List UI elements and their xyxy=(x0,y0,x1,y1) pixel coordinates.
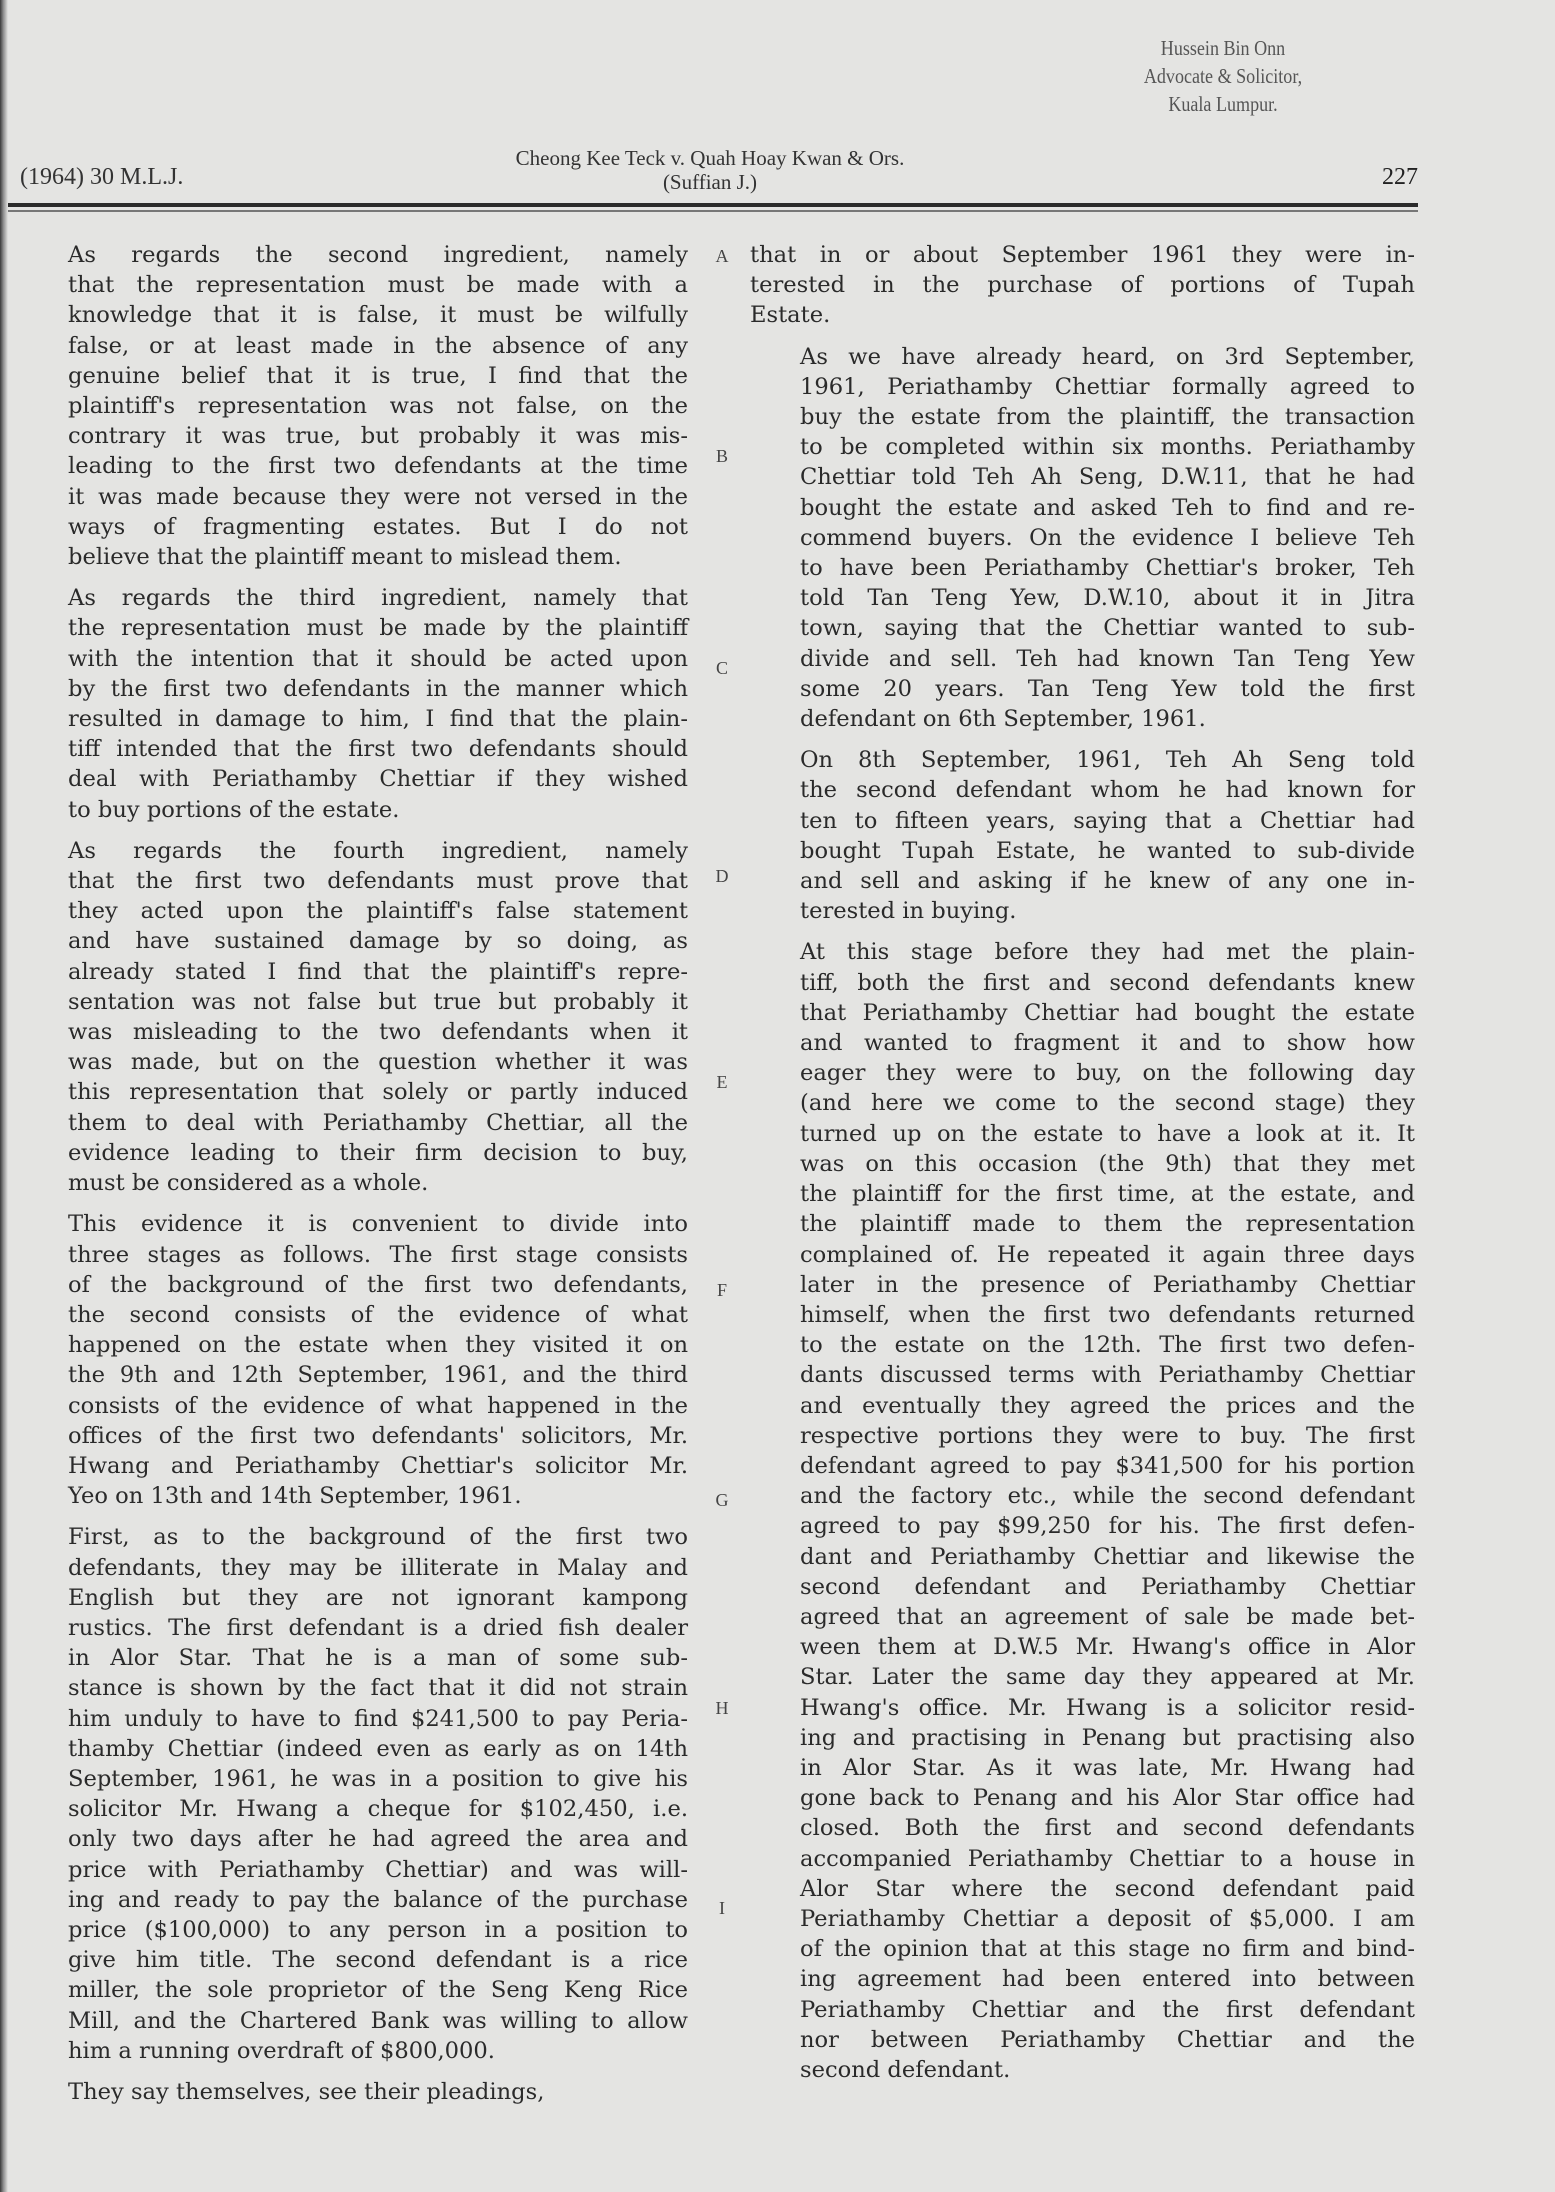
text-line: of the background of the first two defen… xyxy=(18,1270,688,1300)
text-line: dants discussed terms with Periathamby C… xyxy=(750,1360,1415,1390)
text-line: defendant agreed to pay $341,500 for his… xyxy=(750,1451,1415,1481)
text-line: rustics. The first defendant is a dried … xyxy=(18,1613,688,1643)
text-line: Hwang and Periathamby Chettiar's solicit… xyxy=(18,1451,688,1481)
text-line: to buy portions of the estate. xyxy=(18,795,688,825)
text-line: thamby Chettiar (indeed even as early as… xyxy=(18,1734,688,1764)
margin-letter: G xyxy=(712,1490,732,1511)
text-line: ween them at D.W.5 Mr. Hwang's office in… xyxy=(750,1632,1415,1662)
text-line: that in or about September 1961 they wer… xyxy=(750,240,1415,270)
text-line: complained of. He repeated it again thre… xyxy=(750,1240,1415,1270)
text-line: Chettiar told Teh Ah Seng, D.W.11, that … xyxy=(750,462,1415,492)
text-line: and sell and asking if he knew of any on… xyxy=(750,866,1415,896)
margin-letter: D xyxy=(712,866,732,887)
text-line: second defendant. xyxy=(750,2055,1415,2085)
margin-letter: F xyxy=(712,1280,732,1301)
text-line: 1961, Periathamby Chettiar formally agre… xyxy=(750,372,1415,402)
text-line: price with Periathamby Chettiar) and was… xyxy=(18,1855,688,1885)
text-line: Yeo on 13th and 14th September, 1961. xyxy=(18,1481,688,1511)
text-line: that the representation must be made wit… xyxy=(18,270,688,300)
text-line: resulted in damage to him, I find that t… xyxy=(18,704,688,734)
text-line: terested in the purchase of portions of … xyxy=(750,270,1415,300)
text-line: ing and ready to pay the balance of the … xyxy=(18,1885,688,1915)
text-line: buy the estate from the plaintiff, the t… xyxy=(750,402,1415,432)
text-line: must be considered as a whole. xyxy=(18,1168,688,1198)
text-line: they acted upon the plaintiff's false st… xyxy=(18,896,688,926)
right-column: that in or about September 1961 they wer… xyxy=(750,240,1415,2096)
header-rule-thick xyxy=(8,203,1418,207)
text-line: tiff intended that the first two defenda… xyxy=(18,734,688,764)
text-line: the representation must be made by the p… xyxy=(18,613,688,643)
text-line: bought Tupah Estate, he wanted to sub-di… xyxy=(750,836,1415,866)
text-line: to be completed within six months. Peria… xyxy=(750,432,1415,462)
text-line: English but they are not ignorant kampon… xyxy=(18,1583,688,1613)
text-line: it was made because they were not versed… xyxy=(18,482,688,512)
text-line: the second consists of the evidence of w… xyxy=(18,1300,688,1330)
case-heading: Cheong Kee Teck v. Quah Hoay Kwan & Ors.… xyxy=(400,146,1020,194)
header-rule-thin xyxy=(8,210,1418,212)
paragraph: As we have already heard, on 3rd Septemb… xyxy=(750,342,1415,735)
text-line: At this stage before they had met the pl… xyxy=(750,937,1415,967)
text-line: only two days after he had agreed the ar… xyxy=(18,1824,688,1854)
text-line: nor between Periathamby Chettiar and the xyxy=(750,2025,1415,2055)
stamp-line: Advocate & Solicitor, xyxy=(1124,62,1322,90)
report-citation: (1964) 30 M.L.J. xyxy=(20,164,183,191)
text-line: Estate. xyxy=(750,300,1415,330)
text-line: believe that the plaintiff meant to misl… xyxy=(18,542,688,572)
text-line: the 9th and 12th September, 1961, and th… xyxy=(18,1360,688,1390)
text-line: contrary it was true, but probably it wa… xyxy=(18,421,688,451)
text-line: offices of the first two defendants' sol… xyxy=(18,1421,688,1451)
paragraph: They say themselves, see their pleadings… xyxy=(18,2077,688,2107)
left-column: As regards the second ingredient, namely… xyxy=(18,240,688,2118)
stamp-line: Kuala Lumpur. xyxy=(1124,90,1322,118)
text-line: of the opinion that at this stage no fir… xyxy=(750,1934,1415,1964)
text-line: As we have already heard, on 3rd Septemb… xyxy=(750,342,1415,372)
text-line: was misleading to the two defendants whe… xyxy=(18,1017,688,1047)
text-line: later in the presence of Periathamby Che… xyxy=(750,1270,1415,1300)
text-line: accompanied Periathamby Chettiar to a ho… xyxy=(750,1844,1415,1874)
text-line: in Alor Star. As it was late, Mr. Hwang … xyxy=(750,1753,1415,1783)
text-line: plaintiff's representation was not false… xyxy=(18,391,688,421)
text-line: September, 1961, he was in a position to… xyxy=(18,1764,688,1794)
text-line: They say themselves, see their pleadings… xyxy=(18,2077,688,2107)
text-line: and wanted to fragment it and to show ho… xyxy=(750,1028,1415,1058)
text-line: respective portions they were to buy. Th… xyxy=(750,1421,1415,1451)
text-line: consists of the evidence of what happene… xyxy=(18,1391,688,1421)
text-line: the second defendant whom he had known f… xyxy=(750,775,1415,805)
text-line: closed. Both the first and second defend… xyxy=(750,1813,1415,1843)
text-line: false, or at least made in the absence o… xyxy=(18,331,688,361)
text-line: was made, but on the question whether it… xyxy=(18,1047,688,1077)
text-line: stance is shown by the fact that it did … xyxy=(18,1673,688,1703)
text-line: terested in buying. xyxy=(750,896,1415,926)
text-line: evidence leading to their firm decision … xyxy=(18,1138,688,1168)
text-line: On 8th September, 1961, Teh Ah Seng told xyxy=(750,745,1415,775)
text-line: and have sustained damage by so doing, a… xyxy=(18,926,688,956)
text-line: agreed to pay $99,250 for his. The first… xyxy=(750,1511,1415,1541)
text-line: defendant on 6th September, 1961. xyxy=(750,704,1415,734)
text-line: First, as to the background of the first… xyxy=(18,1522,688,1552)
text-line: bought the estate and asked Teh to find … xyxy=(750,493,1415,523)
margin-letter: A xyxy=(712,246,732,267)
text-line: solicitor Mr. Hwang a cheque for $102,45… xyxy=(18,1794,688,1824)
paragraph: At this stage before they had met the pl… xyxy=(750,937,1415,2085)
text-line: This evidence it is convenient to divide… xyxy=(18,1209,688,1239)
text-line: price ($100,000) to any person in a posi… xyxy=(18,1915,688,1945)
text-line: ing and practising in Penang but practis… xyxy=(750,1723,1415,1753)
text-line: give him title. The second defendant is … xyxy=(18,1945,688,1975)
text-line: and eventually they agreed the prices an… xyxy=(750,1391,1415,1421)
text-line: in Alor Star. That he is a man of some s… xyxy=(18,1643,688,1673)
stamp-line: Hussein Bin Onn xyxy=(1124,34,1322,62)
paragraph: that in or about September 1961 they wer… xyxy=(750,240,1415,331)
paragraph: As regards the second ingredient, namely… xyxy=(18,240,688,572)
text-line: ing agreement had been entered into betw… xyxy=(750,1964,1415,1994)
text-line: turned up on the estate to have a look a… xyxy=(750,1119,1415,1149)
text-line: As regards the second ingredient, namely xyxy=(18,240,688,270)
text-line: with the intention that it should be act… xyxy=(18,644,688,674)
text-line: Mill, and the Chartered Bank was willing… xyxy=(18,2006,688,2036)
text-line: happened on the estate when they visited… xyxy=(18,1330,688,1360)
text-line: sentation was not false but true but pro… xyxy=(18,987,688,1017)
text-line: knowledge that it is false, it must be w… xyxy=(18,300,688,330)
text-line: some 20 years. Tan Teng Yew told the fir… xyxy=(750,674,1415,704)
text-line: and the factory etc., while the second d… xyxy=(750,1481,1415,1511)
text-line: town, saying that the Chettiar wanted to… xyxy=(750,613,1415,643)
text-line: divide and sell. Teh had known Tan Teng … xyxy=(750,644,1415,674)
text-line: the plaintiff made to them the represent… xyxy=(750,1209,1415,1239)
text-line: him unduly to have to find $241,500 to p… xyxy=(18,1704,688,1734)
text-line: deal with Periathamby Chettiar if they w… xyxy=(18,764,688,794)
text-line: that Periathamby Chettiar had bought the… xyxy=(750,998,1415,1028)
text-line: told Tan Teng Yew, D.W.10, about it in J… xyxy=(750,583,1415,613)
margin-letter: I xyxy=(712,1898,732,1919)
text-line: dant and Periathamby Chettiar and likewi… xyxy=(750,1542,1415,1572)
text-line: genuine belief that it is true, I find t… xyxy=(18,361,688,391)
text-line: agreed that an agreement of sale be made… xyxy=(750,1602,1415,1632)
margin-letter: C xyxy=(712,658,732,679)
text-line: ten to fifteen years, saying that a Chet… xyxy=(750,806,1415,836)
text-line: As regards the third ingredient, namely … xyxy=(18,583,688,613)
text-line: to the estate on the 12th. The first two… xyxy=(750,1330,1415,1360)
margin-letter: H xyxy=(712,1698,732,1719)
running-header: (1964) 30 M.L.J. Cheong Kee Teck v. Quah… xyxy=(20,146,1418,196)
text-line: eager they were to buy, on the following… xyxy=(750,1058,1415,1088)
text-line: (and here we come to the second stage) t… xyxy=(750,1088,1415,1118)
margin-letter: E xyxy=(712,1072,732,1093)
text-line: the plaintiff for the first time, at the… xyxy=(750,1179,1415,1209)
text-line: Alor Star where the second defendant pai… xyxy=(750,1874,1415,1904)
text-line: to have been Periathamby Chettiar's brok… xyxy=(750,553,1415,583)
case-title: Cheong Kee Teck v. Quah Hoay Kwan & Ors. xyxy=(400,146,1020,170)
text-line: them to deal with Periathamby Chettiar, … xyxy=(18,1108,688,1138)
text-line: that the first two defendants must prove… xyxy=(18,866,688,896)
text-line: this representation that solely or partl… xyxy=(18,1077,688,1107)
paragraph: First, as to the background of the first… xyxy=(18,1522,688,2066)
margin-letter: B xyxy=(712,446,732,467)
text-line: Periathamby Chettiar and the first defen… xyxy=(750,1995,1415,2025)
page-number: 227 xyxy=(1382,164,1418,191)
page-edge-shadow xyxy=(0,0,8,2192)
text-line: second defendant and Periathamby Chettia… xyxy=(750,1572,1415,1602)
text-line: him a running overdraft of $800,000. xyxy=(18,2036,688,2066)
text-line: Star. Later the same day they appeared a… xyxy=(750,1662,1415,1692)
text-line: by the first two defendants in the manne… xyxy=(18,674,688,704)
ownership-stamp: Hussein Bin Onn Advocate & Solicitor, Ku… xyxy=(1108,34,1338,118)
text-line: miller, the sole proprietor of the Seng … xyxy=(18,1975,688,2005)
text-line: leading to the first two defendants at t… xyxy=(18,451,688,481)
text-line: As regards the fourth ingredient, namely xyxy=(18,836,688,866)
text-line: defendants, they may be illiterate in Ma… xyxy=(18,1553,688,1583)
text-line: three stages as follows. The first stage… xyxy=(18,1240,688,1270)
judge-name: (Suffian J.) xyxy=(400,170,1020,194)
paragraph: As regards the third ingredient, namely … xyxy=(18,583,688,825)
text-line: tiff, both the first and second defendan… xyxy=(750,968,1415,998)
text-line: ways of fragmenting estates. But I do no… xyxy=(18,512,688,542)
text-line: Hwang's office. Mr. Hwang is a solicitor… xyxy=(750,1693,1415,1723)
text-line: gone back to Penang and his Alor Star of… xyxy=(750,1783,1415,1813)
text-line: commend buyers. On the evidence I believ… xyxy=(750,523,1415,553)
text-line: was on this occasion (the 9th) that they… xyxy=(750,1149,1415,1179)
paragraph: As regards the fourth ingredient, namely… xyxy=(18,836,688,1198)
paragraph: This evidence it is convenient to divide… xyxy=(18,1209,688,1511)
paragraph: On 8th September, 1961, Teh Ah Seng told… xyxy=(750,745,1415,926)
text-line: Periathamby Chettiar a deposit of $5,000… xyxy=(750,1904,1415,1934)
text-line: himself, when the first two defendants r… xyxy=(750,1300,1415,1330)
text-line: already stated I find that the plaintiff… xyxy=(18,957,688,987)
